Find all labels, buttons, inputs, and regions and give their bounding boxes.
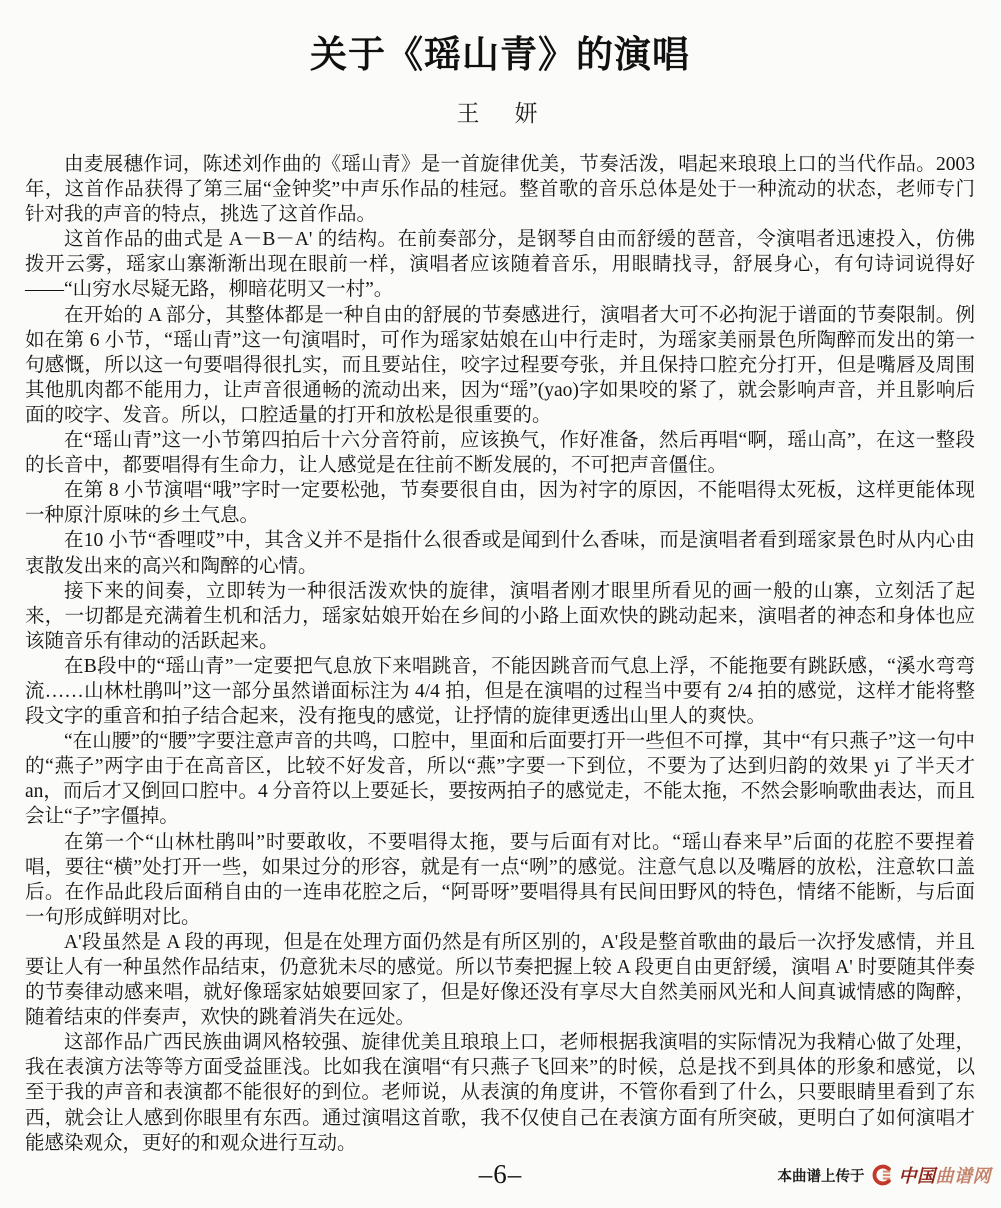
paragraph: 这首作品的曲式是 A－B－A' 的结构。在前奏部分，是钢琴自由而舒缓的琶音，令演… — [25, 227, 975, 302]
paragraph: “在山腰”的“腰”字要注意声音的共鸣，口腔中，里面和后面要打开一些但不可撑，其中… — [25, 729, 975, 829]
paragraph: 在开始的 A 部分，其整体都是一种自由的舒展的节奏感进行，演唱者大可不必拘泥于谱… — [25, 303, 975, 428]
paragraph: 在10 小节“香哩哎”中，其含义并不是指什么很香或是闻到什么香味，而是演唱者看到… — [25, 528, 975, 578]
page-footer: –6– 本曲谱上传于 中国曲谱网 — [0, 1160, 1001, 1194]
qupu-logo-icon — [871, 1164, 893, 1186]
upload-credit: 本曲谱上传于 中国曲谱网 — [778, 1162, 992, 1188]
paragraph: 由麦展穗作词，陈述刘作曲的《瑶山青》是一首旋律优美，节奏活泼，唱起来琅琅上口的当… — [25, 152, 975, 227]
author-name: 王 妍 — [25, 95, 975, 128]
site-name: 中国曲谱网 — [899, 1162, 992, 1188]
document-page: 关于《瑶山青》的演唱 王 妍 由麦展穗作词，陈述刘作曲的《瑶山青》是一首旋律优美… — [0, 0, 1001, 1208]
site-name-qupu: 曲谱网 — [936, 1166, 992, 1187]
credit-note: 本曲谱上传于 — [778, 1165, 865, 1186]
paragraph: 在B段中的“瑶山青”一定要把气息放下来唱跳音，不能因跳音而气息上浮，不能拖要有跳… — [25, 654, 975, 729]
site-name-cn: 中国 — [899, 1166, 936, 1187]
paragraph: 这部作品广西民族曲调风格较强、旋律优美且琅琅上口，老师根据我演唱的实际情况为我精… — [25, 1030, 975, 1155]
paragraph: 接下来的间奏，立即转为一种很活泼欢快的旋律，演唱者刚才眼里所看见的画一般的山寨，… — [25, 579, 975, 654]
paragraph: A'段虽然是 A 段的再现，但是在处理方面仍然是有所区别的，A'段是整首歌曲的最… — [25, 930, 975, 1030]
paragraph: 在第 8 小节演唱“哦”字时一定要松弛，节奏要很自由，因为衬字的原因，不能唱得太… — [25, 478, 975, 528]
paragraph: 在第一个“山林杜鹃叫”时要敢收，不要唱得太拖，要与后面有对比。“瑶山春来早”后面… — [25, 830, 975, 930]
page-title: 关于《瑶山青》的演唱 — [25, 24, 975, 78]
paragraph: 在“瑶山青”这一小节第四拍后十六分音符前，应该换气，作好准备，然后再唱“啊，瑶山… — [25, 428, 975, 478]
article-body: 由麦展穗作词，陈述刘作曲的《瑶山青》是一首旋律优美，节奏活泼，唱起来琅琅上口的当… — [25, 152, 975, 1156]
